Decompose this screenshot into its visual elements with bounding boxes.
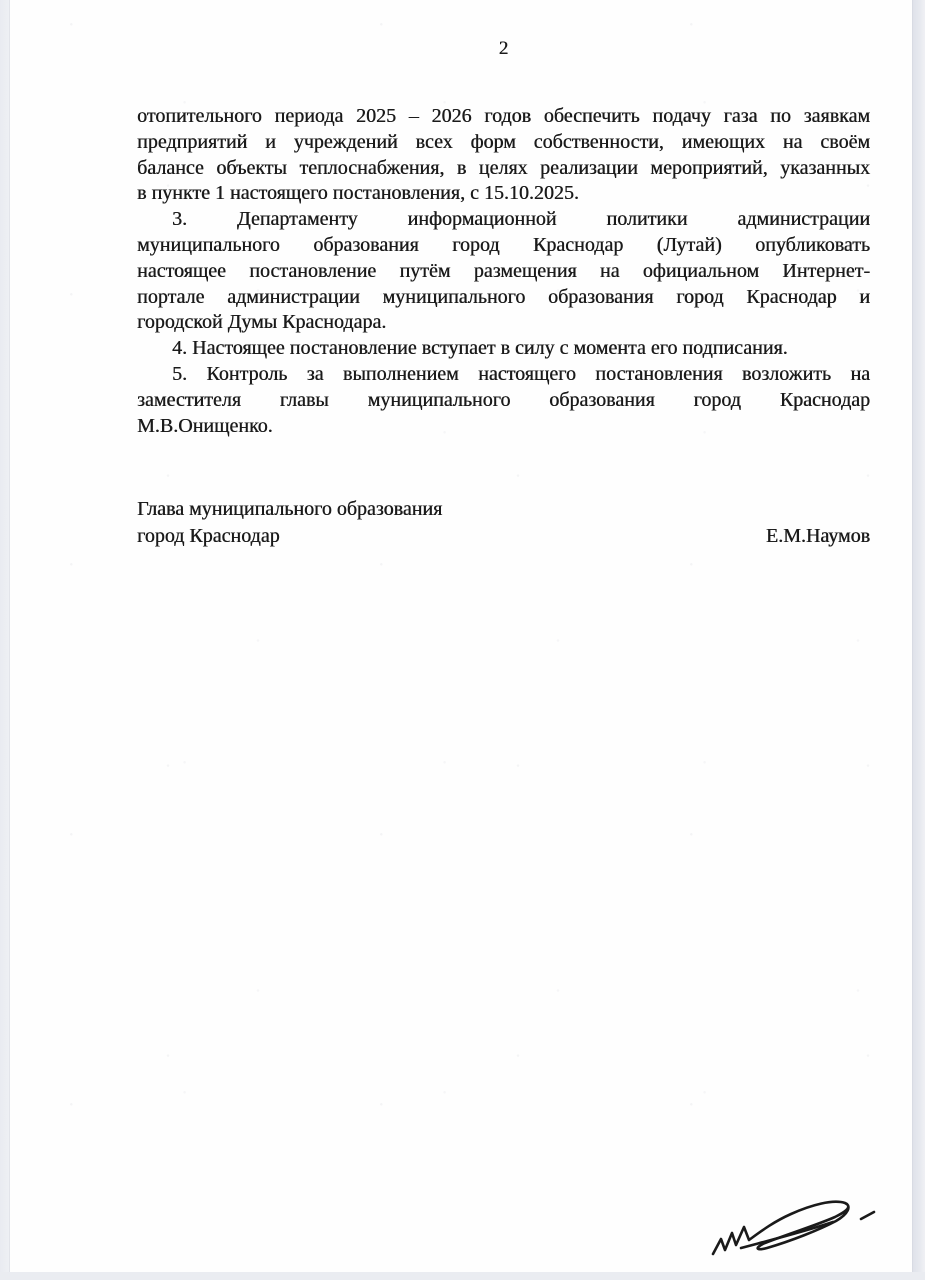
- text-line: отопительного периода 2025 – 2026 годов …: [137, 104, 870, 130]
- signature-block: Глава муниципального образования город К…: [137, 496, 870, 550]
- text-line: 3. Департаменту информационной политики …: [137, 207, 870, 233]
- text-line: в пункте 1 настоящего постановления, с 1…: [137, 181, 870, 207]
- scan-edge-left: [0, 0, 10, 1280]
- text-line: М.В.Онищенко.: [137, 414, 870, 440]
- scan-edge-right: [912, 0, 925, 1280]
- paragraph: 4. Настоящее постановление вступает в си…: [137, 336, 870, 362]
- paragraph: 3. Департаменту информационной политики …: [137, 207, 870, 336]
- text-line: предприятий и учреждений всех форм собст…: [137, 130, 870, 156]
- paragraph: 5. Контроль за выполнением настоящего по…: [137, 362, 870, 439]
- text-line: муниципального образования город Краснод…: [137, 233, 870, 259]
- text-line: 4. Настоящее постановление вступает в си…: [137, 336, 870, 362]
- paragraph: отопительного периода 2025 – 2026 годов …: [137, 104, 870, 207]
- signatory-title-line2: город Краснодар: [137, 523, 280, 550]
- handwritten-signature: [595, 1148, 895, 1270]
- document-page: 2 отопительного периода 2025 – 2026 годо…: [137, 0, 870, 550]
- scanned-document: 2 отопительного периода 2025 – 2026 годо…: [0, 0, 925, 1280]
- scan-edge-bottom: [0, 1272, 925, 1280]
- text-line: 5. Контроль за выполнением настоящего по…: [137, 362, 870, 388]
- text-line: портале администрации муниципального обр…: [137, 285, 870, 311]
- signatory-title-line1: Глава муниципального образования: [137, 496, 442, 523]
- text-line: настоящее постановление путём размещения…: [137, 259, 870, 285]
- page-number: 2: [137, 36, 870, 61]
- text-line: городской Думы Краснодара.: [137, 310, 870, 336]
- document-body: отопительного периода 2025 – 2026 годов …: [137, 104, 870, 439]
- signatory-name: Е.М.Наумов: [766, 523, 870, 550]
- text-line: балансе объекты теплоснабжения, в целях …: [137, 156, 870, 182]
- text-line: заместителя главы муниципального образов…: [137, 388, 870, 414]
